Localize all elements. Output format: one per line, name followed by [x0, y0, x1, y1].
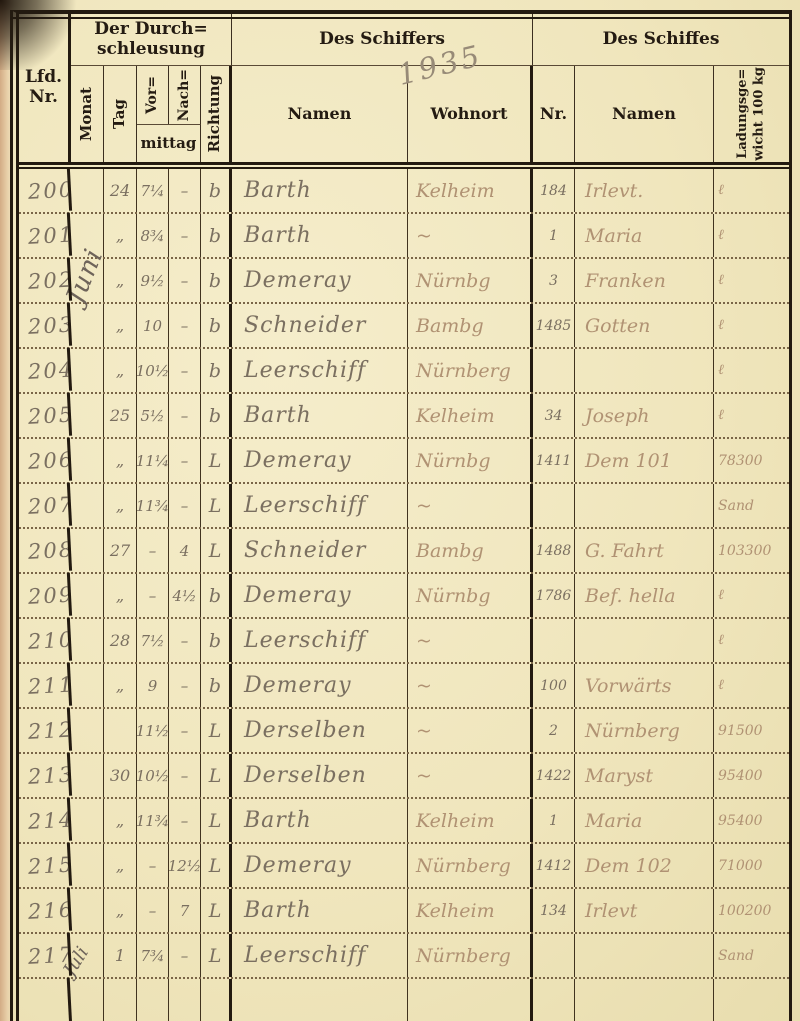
cell-monat — [71, 259, 104, 302]
cell-nachmittag: – — [169, 799, 201, 842]
cell-nachmittag: – — [169, 304, 201, 347]
cell-wohnort: Kelheim — [408, 889, 533, 932]
cell-richtung: b — [201, 349, 232, 392]
header-col-schiffer-name: Namen — [232, 66, 408, 162]
cell-vormittag: 8¾ — [137, 214, 169, 257]
cell-monat — [71, 979, 104, 1021]
cell-lfd-nr: 216 — [18, 888, 72, 934]
cell-lfd-nr — [18, 978, 72, 1021]
cell-wohnort: Kelheim — [408, 169, 533, 212]
cell-vormittag: 11¾ — [137, 799, 169, 842]
cell-vormittag: 7¼ — [137, 169, 169, 212]
cell-richtung: L — [201, 709, 232, 752]
cell-schiffer-name: Barth — [232, 394, 408, 437]
table-header: Lfd. Nr. Der Durch= schleusung Monat Tag… — [19, 14, 789, 165]
cell-wohnort: ~ — [408, 664, 533, 707]
cell-nachmittag: – — [169, 484, 201, 527]
cell-monat — [71, 349, 104, 392]
cell-nachmittag: 12½ — [169, 844, 201, 887]
cell-ladungsgewicht: ℓ — [714, 394, 789, 437]
cell-ladungsgewicht: ℓ — [714, 304, 789, 347]
cell-nachmittag: – — [169, 754, 201, 797]
cell-schiff-name: Irlevt — [575, 889, 714, 932]
cell-lfd-nr: 211 — [18, 663, 72, 709]
cell-monat — [71, 619, 104, 662]
cell-richtung: b — [201, 169, 232, 212]
header-durchschleusung-line1: Der Durch= — [94, 20, 207, 40]
cell-richtung: b — [201, 394, 232, 437]
cell-wohnort: ~ — [408, 619, 533, 662]
table-row: 209 „ – 4½ b Demeray Nürnbg 1786 Bef. he… — [19, 574, 789, 619]
header-col-tag: Tag — [104, 66, 137, 162]
header-col-wohnort: Wohnort — [408, 66, 533, 162]
header-durchschleusung-line2: schleusung — [97, 40, 205, 60]
cell-ladungsgewicht: 91500 — [714, 709, 789, 752]
cell-wohnort: Nürnberg — [408, 844, 533, 887]
header-col-schiff-nr: Nr. — [533, 66, 575, 162]
cell-schiff-nr: 1411 — [533, 439, 575, 482]
cell-richtung — [201, 979, 232, 1021]
cell-schiff-name: Maryst — [575, 754, 714, 797]
cell-monat — [71, 439, 104, 482]
cell-vormittag: 7¾ — [137, 934, 169, 977]
table-row — [19, 979, 789, 1021]
cell-tag: „ — [104, 574, 137, 617]
cell-tag: „ — [104, 484, 137, 527]
cell-tag — [104, 979, 137, 1021]
table-row: 211 „ 9 – b Demeray ~ 100 Vorwärts ℓ — [19, 664, 789, 709]
header-col-mittag: mittag — [137, 124, 201, 162]
cell-tag — [104, 709, 137, 752]
cell-lfd-nr: 209 — [18, 573, 72, 619]
cell-schiff-name: Maria — [575, 214, 714, 257]
cell-tag: 28 — [104, 619, 137, 662]
cell-tag: 24 — [104, 169, 137, 212]
cell-lfd-nr: 214 — [18, 798, 72, 844]
cell-tag: „ — [104, 259, 137, 302]
cell-tag: „ — [104, 349, 137, 392]
cell-lfd-nr: 204 — [18, 348, 72, 394]
header-lfd-line2: Nr. — [29, 88, 58, 108]
cell-tag: „ — [104, 304, 137, 347]
cell-monat — [71, 799, 104, 842]
cell-ladungsgewicht: ℓ — [714, 619, 789, 662]
cell-monat — [71, 529, 104, 572]
cell-richtung: b — [201, 259, 232, 302]
cell-schiff-name: Joseph — [575, 394, 714, 437]
header-group-des-schiffes: Des Schiffes — [533, 14, 789, 66]
cell-nachmittag: – — [169, 619, 201, 662]
cell-lfd-nr: 210 — [18, 618, 72, 664]
cell-lfd-nr: 205 — [18, 393, 72, 439]
cell-monat — [71, 844, 104, 887]
cell-wohnort: Nürnberg — [408, 934, 533, 977]
cell-ladungsgewicht: ℓ — [714, 349, 789, 392]
cell-nachmittag: 4½ — [169, 574, 201, 617]
table-row: 201 „ 8¾ – b Barth ~ 1 Maria ℓ — [19, 214, 789, 259]
cell-richtung: L — [201, 529, 232, 572]
cell-vormittag: 7½ — [137, 619, 169, 662]
cell-richtung: L — [201, 799, 232, 842]
cell-schiff-name: Vorwärts — [575, 664, 714, 707]
cell-schiffer-name: Leerschiff — [232, 484, 408, 527]
cell-monat — [71, 574, 104, 617]
cell-schiff-nr: 134 — [533, 889, 575, 932]
table-row: 215 „ – 12½ L Demeray Nürnberg 1412 Dem … — [19, 844, 789, 889]
cell-monat — [71, 484, 104, 527]
cell-lfd-nr: 207 — [18, 483, 72, 529]
cell-nachmittag: 4 — [169, 529, 201, 572]
cell-schiffer-name: Barth — [232, 169, 408, 212]
cell-ladungsgewicht: ℓ — [714, 664, 789, 707]
cell-ladungsgewicht: ℓ — [714, 169, 789, 212]
cell-richtung: L — [201, 889, 232, 932]
cell-richtung: b — [201, 214, 232, 257]
cell-monat — [71, 304, 104, 347]
table-row: 217 1 7¾ – L Leerschiff Nürnberg Sand — [19, 934, 789, 979]
cell-ladungsgewicht: ℓ — [714, 574, 789, 617]
cell-tag: „ — [104, 664, 137, 707]
cell-schiff-nr: 1485 — [533, 304, 575, 347]
table-row: 210 28 7½ – b Leerschiff ~ ℓ — [19, 619, 789, 664]
cell-schiff-name: G. Fahrt — [575, 529, 714, 572]
cell-wohnort: ~ — [408, 214, 533, 257]
cell-schiffer-name: Derselben — [232, 754, 408, 797]
cell-nachmittag: – — [169, 934, 201, 977]
cell-vormittag: 11¾ — [137, 484, 169, 527]
cell-schiffer-name: Derselben — [232, 709, 408, 752]
cell-schiff-nr: 1488 — [533, 529, 575, 572]
cell-ladungsgewicht: 100200 — [714, 889, 789, 932]
table-row: 203 „ 10 – b Schneider Bambg 1485 Gotten… — [19, 304, 789, 349]
table-rows: Juni Juli 200 24 7¼ – b Barth Kelheim 18… — [19, 167, 789, 1021]
table-row: 208 27 – 4 L Schneider Bambg 1488 G. Fah… — [19, 529, 789, 574]
cell-lfd-nr: 215 — [18, 843, 72, 889]
cell-monat — [71, 934, 104, 977]
cell-schiff-name: Bef. hella — [575, 574, 714, 617]
cell-tag: 30 — [104, 754, 137, 797]
cell-schiff-nr: 1 — [533, 799, 575, 842]
cell-schiff-name: Dem 102 — [575, 844, 714, 887]
cell-ladungsgewicht: 78300 — [714, 439, 789, 482]
cell-schiffer-name: Demeray — [232, 844, 408, 887]
cell-nachmittag: – — [169, 259, 201, 302]
cell-schiff-nr — [533, 979, 575, 1021]
cell-vormittag: 9½ — [137, 259, 169, 302]
cell-vormittag: – — [137, 574, 169, 617]
cell-lfd-nr: 213 — [18, 753, 72, 799]
cell-tag: „ — [104, 799, 137, 842]
table-row: 205 25 5½ – b Barth Kelheim 34 Joseph ℓ — [19, 394, 789, 439]
cell-lfd-nr: 202 — [18, 258, 72, 304]
cell-schiff-nr: 34 — [533, 394, 575, 437]
cell-schiff-nr: 184 — [533, 169, 575, 212]
cell-tag: „ — [104, 214, 137, 257]
cell-nachmittag: – — [169, 349, 201, 392]
cell-ladungsgewicht: 103300 — [714, 529, 789, 572]
cell-lfd-nr: 201 — [18, 213, 72, 259]
cell-lfd-nr: 206 — [18, 438, 72, 484]
table-row: 200 24 7¼ – b Barth Kelheim 184 Irlevt. … — [19, 169, 789, 214]
cell-vormittag: 10 — [137, 304, 169, 347]
cell-wohnort: Kelheim — [408, 799, 533, 842]
cell-schiff-name: Irlevt. — [575, 169, 714, 212]
cell-schiff-nr — [533, 934, 575, 977]
cell-wohnort: Nürnbg — [408, 439, 533, 482]
cell-vormittag: 10½ — [137, 754, 169, 797]
cell-vormittag: 9 — [137, 664, 169, 707]
scanned-ledger-page: Lfd. Nr. Der Durch= schleusung Monat Tag… — [0, 0, 800, 1021]
cell-schiff-name — [575, 484, 714, 527]
cell-nachmittag: – — [169, 664, 201, 707]
cell-nachmittag: – — [169, 439, 201, 482]
header-group-des-schiffers: Des Schiffers — [232, 14, 533, 66]
cell-lfd-nr: 200 — [18, 168, 72, 214]
cell-schiff-nr — [533, 349, 575, 392]
cell-ladungsgewicht: 71000 — [714, 844, 789, 887]
cell-schiffer-name: Demeray — [232, 439, 408, 482]
header-group-durchschleusung: Der Durch= schleusung — [71, 14, 232, 66]
cell-schiff-name: Nürnberg — [575, 709, 714, 752]
cell-schiff-nr: 1422 — [533, 754, 575, 797]
cell-monat — [71, 664, 104, 707]
cell-richtung: b — [201, 304, 232, 347]
table-row: 202 „ 9½ – b Demeray Nürnbg 3 Franken ℓ — [19, 259, 789, 304]
cell-richtung: L — [201, 844, 232, 887]
cell-monat — [71, 754, 104, 797]
cell-vormittag: 11½ — [137, 709, 169, 752]
cell-schiff-nr — [533, 619, 575, 662]
cell-nachmittag: 7 — [169, 889, 201, 932]
cell-schiff-nr: 1 — [533, 214, 575, 257]
cell-tag: 27 — [104, 529, 137, 572]
cell-ladungsgewicht: 95400 — [714, 754, 789, 797]
cell-vormittag: – — [137, 529, 169, 572]
cell-vormittag: 5½ — [137, 394, 169, 437]
cell-schiff-name: Gotten — [575, 304, 714, 347]
cell-ladungsgewicht: ℓ — [714, 214, 789, 257]
cell-wohnort: Nürnbg — [408, 259, 533, 302]
cell-schiff-nr — [533, 484, 575, 527]
cell-wohnort — [408, 979, 533, 1021]
cell-richtung: L — [201, 439, 232, 482]
cell-schiffer-name: Demeray — [232, 664, 408, 707]
cell-vormittag: – — [137, 889, 169, 932]
cell-monat — [71, 709, 104, 752]
cell-wohnort: ~ — [408, 709, 533, 752]
cell-nachmittag: – — [169, 214, 201, 257]
cell-tag: „ — [104, 439, 137, 482]
cell-richtung: b — [201, 574, 232, 617]
cell-vormittag: 11¼ — [137, 439, 169, 482]
cell-schiffer-name: Barth — [232, 214, 408, 257]
ledger-table: Lfd. Nr. Der Durch= schleusung Monat Tag… — [10, 10, 792, 1021]
cell-lfd-nr: 208 — [18, 528, 72, 574]
cell-schiff-name: Franken — [575, 259, 714, 302]
cell-tag: 1 — [104, 934, 137, 977]
header-col-richtung: Richtung — [201, 66, 232, 162]
table-row: 214 „ 11¾ – L Barth Kelheim 1 Maria 9540… — [19, 799, 789, 844]
header-col-ladungsgewicht: Ladungsge= wicht 100 kg — [714, 66, 789, 162]
cell-ladungsgewicht: Sand — [714, 484, 789, 527]
cell-monat — [71, 394, 104, 437]
cell-schiff-name: Maria — [575, 799, 714, 842]
cell-ladungsgewicht: 95400 — [714, 799, 789, 842]
cell-monat — [71, 889, 104, 932]
cell-schiffer-name — [232, 979, 408, 1021]
cell-ladungsgewicht: Sand — [714, 934, 789, 977]
cell-tag: „ — [104, 844, 137, 887]
cell-wohnort: Bambg — [408, 304, 533, 347]
cell-wohnort: Nürnbg — [408, 574, 533, 617]
header-col-vormittag: Vor= — [137, 66, 169, 124]
cell-schiffer-name: Demeray — [232, 574, 408, 617]
cell-vormittag: – — [137, 844, 169, 887]
cell-nachmittag — [169, 979, 201, 1021]
cell-schiffer-name: Schneider — [232, 304, 408, 347]
cell-ladungsgewicht: ℓ — [714, 259, 789, 302]
cell-schiff-name — [575, 619, 714, 662]
cell-schiff-name — [575, 979, 714, 1021]
cell-monat — [71, 214, 104, 257]
header-lfd-nr: Lfd. Nr. — [19, 14, 71, 162]
cell-schiff-name — [575, 934, 714, 977]
table-row: 207 „ 11¾ – L Leerschiff ~ Sand — [19, 484, 789, 529]
cell-lfd-nr: 212 — [18, 708, 72, 754]
cell-richtung: L — [201, 484, 232, 527]
cell-schiff-nr: 1412 — [533, 844, 575, 887]
cell-nachmittag: – — [169, 394, 201, 437]
cell-richtung: L — [201, 934, 232, 977]
table-row: 206 „ 11¼ – L Demeray Nürnbg 1411 Dem 10… — [19, 439, 789, 484]
cell-schiff-name — [575, 349, 714, 392]
header-lfd-line1: Lfd. — [25, 68, 62, 88]
cell-schiff-nr: 1786 — [533, 574, 575, 617]
cell-vormittag: 10½ — [137, 349, 169, 392]
cell-richtung: b — [201, 664, 232, 707]
cell-wohnort: Bambg — [408, 529, 533, 572]
cell-richtung: L — [201, 754, 232, 797]
cell-wohnort: ~ — [408, 754, 533, 797]
cell-nachmittag: – — [169, 709, 201, 752]
cell-schiffer-name: Leerschiff — [232, 619, 408, 662]
cell-vormittag — [137, 979, 169, 1021]
cell-schiffer-name: Demeray — [232, 259, 408, 302]
cell-schiffer-name: Schneider — [232, 529, 408, 572]
cell-schiff-name: Dem 101 — [575, 439, 714, 482]
cell-schiffer-name: Barth — [232, 799, 408, 842]
cell-schiff-nr: 100 — [533, 664, 575, 707]
table-row: 204 „ 10½ – b Leerschiff Nürnberg ℓ — [19, 349, 789, 394]
cell-schiff-nr: 3 — [533, 259, 575, 302]
header-col-nachmittag: Nach= — [169, 66, 201, 124]
cell-tag: 25 — [104, 394, 137, 437]
cell-monat — [71, 169, 104, 212]
header-col-monat: Monat — [71, 66, 104, 162]
cell-nachmittag: – — [169, 169, 201, 212]
header-col-schiff-name: Namen — [575, 66, 714, 162]
cell-lfd-nr: 203 — [18, 303, 72, 349]
cell-richtung: b — [201, 619, 232, 662]
cell-ladungsgewicht — [714, 979, 789, 1021]
cell-schiffer-name: Leerschiff — [232, 934, 408, 977]
cell-schiff-nr: 2 — [533, 709, 575, 752]
table-row: 213 30 10½ – L Derselben ~ 1422 Maryst 9… — [19, 754, 789, 799]
cell-lfd-nr: 217 — [18, 933, 72, 979]
cell-wohnort: Kelheim — [408, 394, 533, 437]
cell-tag: „ — [104, 889, 137, 932]
table-row: 212 11½ – L Derselben ~ 2 Nürnberg 91500 — [19, 709, 789, 754]
cell-schiffer-name: Barth — [232, 889, 408, 932]
cell-wohnort: Nürnberg — [408, 349, 533, 392]
cell-schiffer-name: Leerschiff — [232, 349, 408, 392]
cell-wohnort: ~ — [408, 484, 533, 527]
table-row: 216 „ – 7 L Barth Kelheim 134 Irlevt 100… — [19, 889, 789, 934]
